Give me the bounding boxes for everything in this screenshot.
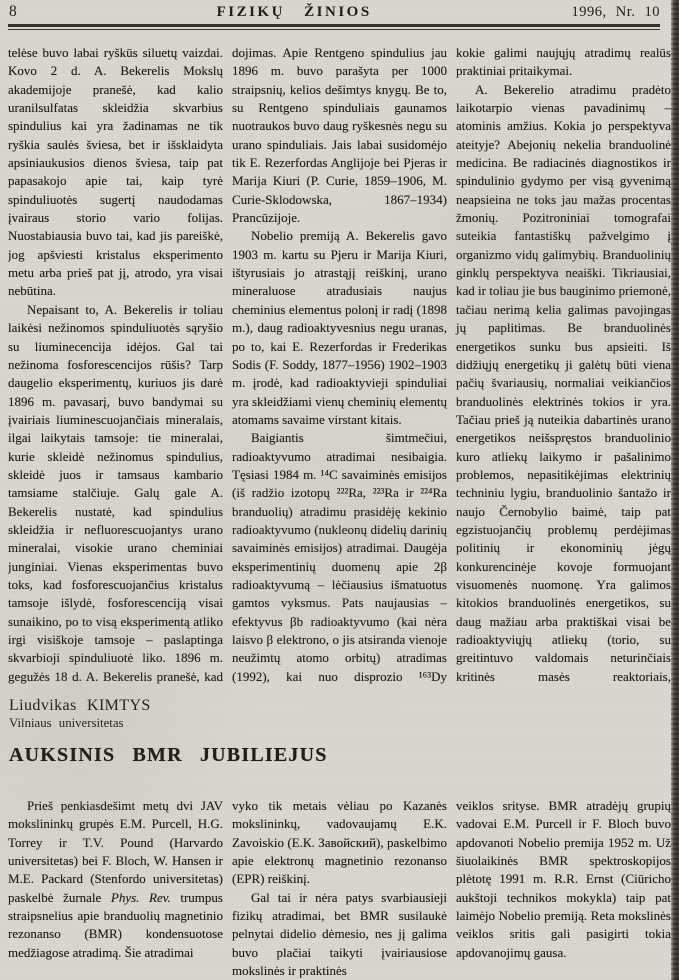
paragraph: Prieš penkiasdešimt metų dvi JAV mokslin… — [8, 797, 223, 962]
article2-title: AUKSINIS BMR JUBILIEJUS — [9, 744, 328, 767]
article1-column-3: kokie galimi naujųjų atradimų realūs pra… — [456, 44, 671, 684]
paragraph: veiklos srityse. BMR atradėjų grupių vad… — [456, 797, 671, 962]
paragraph: Nobelio premiją A. Bekerelis gavo 1903 m… — [232, 227, 447, 429]
paragraph: dojimas. Apie Rentgeno spindulius jau 18… — [232, 44, 447, 227]
paragraph: A. Bekerelio atradimu pradėto laikotarpi… — [456, 81, 671, 684]
article2-columns: Prieš penkiasdešimt metų dvi JAV mokslin… — [8, 797, 671, 980]
author-name: Liudvikas KIMTYS — [9, 697, 151, 715]
journal-title: FIZIKŲ ŽINIOS — [217, 4, 372, 21]
article2-column-1: Prieš penkiasdešimt metų dvi JAV mokslin… — [8, 797, 223, 980]
header-rule-thick — [8, 24, 660, 27]
paragraph: Baigiantis šimtmečiui, radioaktyvumo atr… — [232, 429, 447, 684]
paragraph: vyko tik metais vėliau po Kazanės moksli… — [232, 797, 447, 889]
byline: Liudvikas KIMTYS Vilniaus universitetas — [9, 697, 151, 731]
article2-column-3: veiklos srityse. BMR atradėjų grupių vad… — [456, 797, 671, 980]
page-number: 8 — [9, 3, 17, 21]
article1-columns: telėse buvo labai ryškūs siluetų vaizdai… — [8, 44, 671, 684]
article2-column-2: vyko tik metais vėliau po Kazanės moksli… — [232, 797, 447, 980]
paragraph: telėse buvo labai ryškūs siluetų vaizdai… — [8, 44, 223, 301]
header-rule-thin — [8, 29, 660, 30]
author-affiliation: Vilniaus universitetas — [9, 716, 151, 731]
issue-label: 1996, Nr. 10 — [572, 4, 661, 21]
journal-page: 8 FIZIKŲ ŽINIOS 1996, Nr. 10 telėse buvo… — [0, 0, 671, 980]
page-header: 8 FIZIKŲ ŽINIOS 1996, Nr. 10 — [9, 3, 660, 21]
scan-edge-artifact — [671, 0, 679, 980]
paragraph: Nepaisant to, A. Bekerelis ir toliau lai… — [8, 301, 223, 684]
article1-column-1: telėse buvo labai ryškūs siluetų vaizdai… — [8, 44, 223, 684]
article1-column-2: dojimas. Apie Rentgeno spindulius jau 18… — [232, 44, 447, 684]
paragraph: kokie galimi naujųjų atradimų realūs pra… — [456, 44, 671, 81]
paragraph-text: Prieš penkiasdešimt metų dvi JAV mokslin… — [8, 798, 223, 905]
paragraph: Gal tai ir nėra patys svarbiausieji fizi… — [232, 889, 447, 980]
journal-name-italic: Phys. Rev. — [111, 890, 171, 905]
